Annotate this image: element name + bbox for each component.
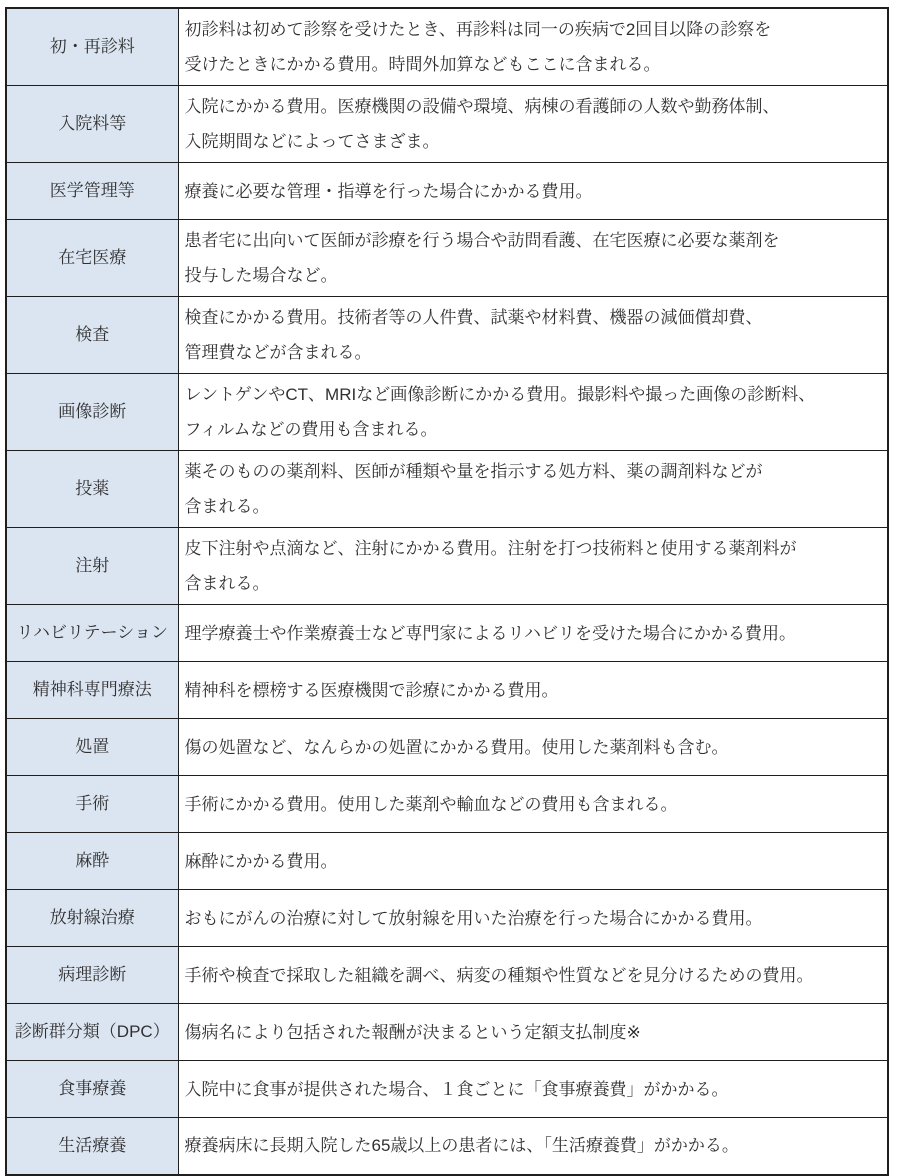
fee-category-term: 検査 <box>6 297 178 374</box>
medical-fee-table: 初・再診料 初診料は初めて診察を受けたとき、再診料は同一の疾病で2回目以降の診察… <box>5 7 889 1176</box>
table-row: 入院料等 入院にかかる費用。医療機関の設備や環境、病棟の看護師の人数や勤務体制、… <box>6 86 888 163</box>
table-row: 麻酔 麻酔にかかる費用。 <box>6 833 888 890</box>
fee-category-description: おもにがんの治療に対して放射線を用いた治療を行った場合にかかる費用。 <box>178 890 888 947</box>
fee-category-description: 検査にかかる費用。技術者等の人件費、試薬や材料費、機器の減価償却費、 管理費など… <box>178 297 888 374</box>
fee-category-term: 在宅医療 <box>6 220 178 297</box>
fee-category-term: 精神科専門療法 <box>6 662 178 719</box>
table-row: 病理診断 手術や検査で採取した組織を調べ、病変の種類や性質などを見分けるための費… <box>6 947 888 1004</box>
table-row: 処置 傷の処置など、なんらかの処置にかかる費用。使用した薬剤料も含む。 <box>6 719 888 776</box>
table-row: 初・再診料 初診料は初めて診察を受けたとき、再診料は同一の疾病で2回目以降の診察… <box>6 8 888 86</box>
fee-category-term: 処置 <box>6 719 178 776</box>
fee-category-term: 注射 <box>6 528 178 605</box>
table-row: 放射線治療 おもにがんの治療に対して放射線を用いた治療を行った場合にかかる費用。 <box>6 890 888 947</box>
fee-category-description: 傷病名により包括された報酬が決まるという定額支払制度※ <box>178 1004 888 1061</box>
table-row: リハビリテーション 理学療養士や作業療養士など専門家によるリハビリを受けた場合に… <box>6 605 888 662</box>
table-row: 食事療養 入院中に食事が提供された場合、１食ごとに「食事療養費」がかかる。 <box>6 1061 888 1118</box>
fee-category-term: 麻酔 <box>6 833 178 890</box>
fee-category-description: レントゲンやCT、MRIなど画像診断にかかる費用。撮影料や撮った画像の診断料、 … <box>178 374 888 451</box>
fee-category-term: 医学管理等 <box>6 163 178 220</box>
fee-category-term: 診断群分類（DPC） <box>6 1004 178 1061</box>
table-row: 精神科専門療法 精神科を標榜する医療機関で診療にかかる費用。 <box>6 662 888 719</box>
fee-category-term: 病理診断 <box>6 947 178 1004</box>
fee-category-term: 放射線治療 <box>6 890 178 947</box>
fee-category-term: リハビリテーション <box>6 605 178 662</box>
table-row: 医学管理等 療養に必要な管理・指導を行った場合にかかる費用。 <box>6 163 888 220</box>
fee-category-description: 療養に必要な管理・指導を行った場合にかかる費用。 <box>178 163 888 220</box>
fee-category-description: 患者宅に出向いて医師が診療を行う場合や訪問看護、在宅医療に必要な薬剤を 投与した… <box>178 220 888 297</box>
table-row: 診断群分類（DPC） 傷病名により包括された報酬が決まるという定額支払制度※ <box>6 1004 888 1061</box>
fee-category-description: 傷の処置など、なんらかの処置にかかる費用。使用した薬剤料も含む。 <box>178 719 888 776</box>
fee-category-description: 入院にかかる費用。医療機関の設備や環境、病棟の看護師の人数や勤務体制、 入院期間… <box>178 86 888 163</box>
table-row: 画像診断 レントゲンやCT、MRIなど画像診断にかかる費用。撮影料や撮った画像の… <box>6 374 888 451</box>
fee-category-description: 手術にかかる費用。使用した薬剤や輸血などの費用も含まれる。 <box>178 776 888 833</box>
fee-category-description: 薬そのものの薬剤料、医師が種類や量を指示する処方料、薬の調剤料などが 含まれる。 <box>178 451 888 528</box>
page: 初・再診料 初診料は初めて診察を受けたとき、再診料は同一の疾病で2回目以降の診察… <box>0 0 898 1166</box>
fee-category-description: 手術や検査で採取した組織を調べ、病変の種類や性質などを見分けるための費用。 <box>178 947 888 1004</box>
table-row: 在宅医療 患者宅に出向いて医師が診療を行う場合や訪問看護、在宅医療に必要な薬剤を… <box>6 220 888 297</box>
fee-category-term: 投薬 <box>6 451 178 528</box>
fee-category-term: 初・再診料 <box>6 8 178 86</box>
fee-category-description: 入院中に食事が提供された場合、１食ごとに「食事療養費」がかかる。 <box>178 1061 888 1118</box>
fee-category-term: 画像診断 <box>6 374 178 451</box>
table-row: 検査 検査にかかる費用。技術者等の人件費、試薬や材料費、機器の減価償却費、 管理… <box>6 297 888 374</box>
fee-category-description: 初診料は初めて診察を受けたとき、再診料は同一の疾病で2回目以降の診察を 受けたと… <box>178 8 888 86</box>
fee-category-description: 理学療養士や作業療養士など専門家によるリハビリを受けた場合にかかる費用。 <box>178 605 888 662</box>
table-row: 注射 皮下注射や点滴など、注射にかかる費用。注射を打つ技術料と使用する薬剤料が … <box>6 528 888 605</box>
fee-category-description: 皮下注射や点滴など、注射にかかる費用。注射を打つ技術料と使用する薬剤料が 含まれ… <box>178 528 888 605</box>
table-row: 投薬 薬そのものの薬剤料、医師が種類や量を指示する処方料、薬の調剤料などが 含ま… <box>6 451 888 528</box>
fee-category-term: 手術 <box>6 776 178 833</box>
fee-category-term: 食事療養 <box>6 1061 178 1118</box>
fee-category-description: 麻酔にかかる費用。 <box>178 833 888 890</box>
fee-category-term: 入院料等 <box>6 86 178 163</box>
table-row: 手術 手術にかかる費用。使用した薬剤や輸血などの費用も含まれる。 <box>6 776 888 833</box>
fee-category-description: 精神科を標榜する医療機関で診療にかかる費用。 <box>178 662 888 719</box>
